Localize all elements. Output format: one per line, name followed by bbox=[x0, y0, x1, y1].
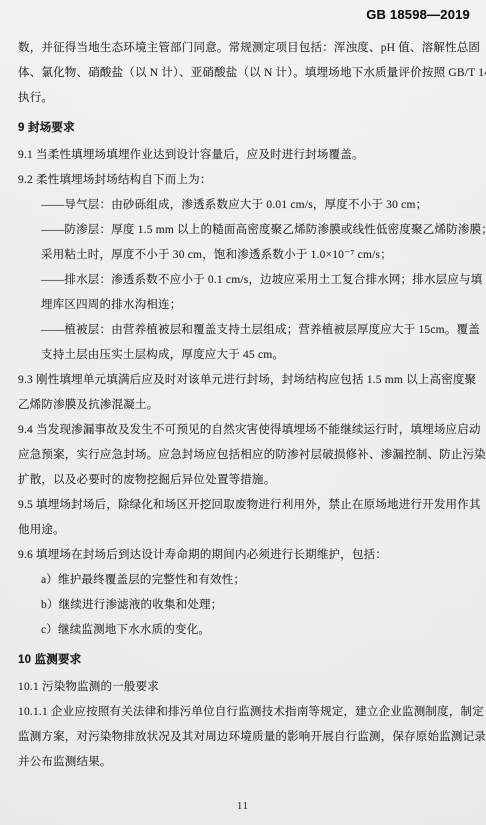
page-content: 数，并征得当地生态环境主管部门同意。常规测定项目包括：浑浊度、pH 值、溶解性总… bbox=[18, 36, 470, 775]
text-line: 采用粘土时，厚度不小于 30 cm，饱和渗透系数小于 1.0×10⁻⁷ cm/s… bbox=[18, 243, 470, 268]
text-line: ——植被层：由营养植被层和覆盖支持土层组成；营养植被层厚度应大于 15cm。覆盖 bbox=[18, 318, 470, 343]
text-line: 体、氯化物、硝酸盐（以 N 计）、亚硝酸盐（以 N 计）。填埋场地下水质量评价按… bbox=[18, 61, 470, 86]
clause-9-1: 9.1 当柔性填埋场填埋作业达到设计容量后，应及时进行封场覆盖。 bbox=[18, 143, 470, 168]
text-line: 他用途。 bbox=[18, 518, 470, 543]
clause-9-6: 9.6 填埋场在封场后到达设计寿命期的期间内必须进行长期维护，包括： bbox=[18, 543, 470, 568]
text-line: 监测方案，对污染物排放状况及其对周边环境质量的影响开展自行监测，保存原始监测记录… bbox=[18, 725, 470, 750]
section-heading-9: 9 封场要求 bbox=[18, 116, 470, 141]
clause-9-4: 9.4 当发现渗漏事故及发生不可预见的自然灾害使得填埋场不能继续运行时，填埋场应… bbox=[18, 418, 470, 493]
list-item-impermeable-layer: ——防渗层：厚度 1.5 mm 以上的糙面高密度聚乙烯防渗膜或线性低密度聚乙烯防… bbox=[18, 218, 470, 268]
text-line: ——排水层：渗透系数不应小于 0.1 cm/s，边坡应采用土工复合排水网；排水层… bbox=[18, 268, 470, 293]
list-item-vegetation-layer: ——植被层：由营养植被层和覆盖支持土层组成；营养植被层厚度应大于 15cm。覆盖… bbox=[18, 318, 470, 368]
list-item-a: a）维护最终覆盖层的完整性和有效性； bbox=[18, 568, 470, 593]
clause-10-1: 10.1 污染物监测的一般要求 bbox=[18, 675, 470, 700]
text-line: c）继续监测地下水水质的变化。 bbox=[18, 618, 470, 643]
text-line: b）继续进行渗滤液的收集和处理； bbox=[18, 593, 470, 618]
text-line: 乙烯防渗膜及抗渗混凝土。 bbox=[18, 393, 470, 418]
paragraph-continuation: 数，并征得当地生态环境主管部门同意。常规测定项目包括：浑浊度、pH 值、溶解性总… bbox=[18, 36, 470, 111]
text-line: 10.1.1 企业应按照有关法律和排污单位自行监测技术指南等规定，建立企业监测制… bbox=[18, 700, 470, 725]
standard-number: GB 18598—2019 bbox=[366, 7, 470, 22]
text-line: 扩散，以及必要时的废物挖掘后异位处置等措施。 bbox=[18, 468, 470, 493]
text-line: ——导气层：由砂砾组成，渗透系数应大于 0.01 cm/s，厚度不小于 30 c… bbox=[18, 193, 470, 218]
text-line: 9.6 填埋场在封场后到达设计寿命期的期间内必须进行长期维护，包括： bbox=[18, 543, 470, 568]
section-heading-10: 10 监测要求 bbox=[18, 648, 470, 673]
list-item-drainage-layer: ——排水层：渗透系数不应小于 0.1 cm/s，边坡应采用土工复合排水网；排水层… bbox=[18, 268, 470, 318]
text-line: 应急预案，实行应急封场。应急封场应包括相应的防渗衬层破损修补、渗漏控制、防止污染 bbox=[18, 443, 470, 468]
text-line: 支持土层由压实土层构成，厚度应大于 45 cm。 bbox=[18, 343, 470, 368]
clause-9-2: 9.2 柔性填埋场封场结构自下而上为： bbox=[18, 168, 470, 193]
text-line: 9.3 刚性填埋单元填满后应及时对该单元进行封场，封场结构应包括 1.5 mm … bbox=[18, 368, 470, 393]
text-line: 9.2 柔性填埋场封场结构自下而上为： bbox=[18, 168, 470, 193]
text-line: 9.1 当柔性填埋场填埋作业达到设计容量后，应及时进行封场覆盖。 bbox=[18, 143, 470, 168]
list-item-b: b）继续进行渗滤液的收集和处理； bbox=[18, 593, 470, 618]
list-item-c: c）继续监测地下水水质的变化。 bbox=[18, 618, 470, 643]
clause-9-5: 9.5 填埋场封场后，除绿化和场区开挖回取废物进行利用外，禁止在原场地进行开发用… bbox=[18, 493, 470, 543]
text-line: 10.1 污染物监测的一般要求 bbox=[18, 675, 470, 700]
text-line: 并公布监测结果。 bbox=[18, 750, 470, 775]
text-line: 执行。 bbox=[18, 86, 470, 111]
document-page: GB 18598—2019 数，并征得当地生态环境主管部门同意。常规测定项目包括… bbox=[0, 0, 486, 825]
text-line: 埋库区四周的排水沟相连； bbox=[18, 293, 470, 318]
list-item-gas-layer: ——导气层：由砂砾组成，渗透系数应大于 0.01 cm/s，厚度不小于 30 c… bbox=[18, 193, 470, 218]
clause-10-1-1: 10.1.1 企业应按照有关法律和排污单位自行监测技术指南等规定，建立企业监测制… bbox=[18, 700, 470, 775]
page-number: 11 bbox=[0, 801, 486, 812]
text-line: 9.4 当发现渗漏事故及发生不可预见的自然灾害使得填埋场不能继续运行时，填埋场应… bbox=[18, 418, 470, 443]
clause-9-3: 9.3 刚性填埋单元填满后应及时对该单元进行封场，封场结构应包括 1.5 mm … bbox=[18, 368, 470, 418]
text-line: 数，并征得当地生态环境主管部门同意。常规测定项目包括：浑浊度、pH 值、溶解性总… bbox=[18, 36, 470, 61]
text-line: 9.5 填埋场封场后，除绿化和场区开挖回取废物进行利用外，禁止在原场地进行开发用… bbox=[18, 493, 470, 518]
text-line: ——防渗层：厚度 1.5 mm 以上的糙面高密度聚乙烯防渗膜或线性低密度聚乙烯防… bbox=[18, 218, 470, 243]
text-line: a）维护最终覆盖层的完整性和有效性； bbox=[18, 568, 470, 593]
